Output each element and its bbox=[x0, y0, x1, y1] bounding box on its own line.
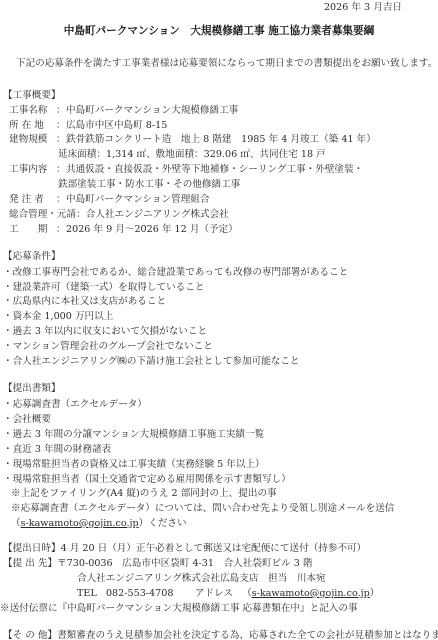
condition-item: ・資本金 1,000 万円以上 bbox=[3, 309, 113, 324]
overview-row-content-cont: 鉄部塗装工事・防水工事・その他修繕工事 bbox=[58, 177, 240, 192]
email-link[interactable]: s-kawamoto@gojin.co.jp bbox=[21, 518, 139, 529]
deadline-row: 【提出日時】4 月 20 日（月）正午必着として郵送又は宅配便にて送付（持参不可… bbox=[3, 541, 366, 556]
condition-item: ・改修工事専門会社であるか、総合建設業であっても改修の専門部署があること bbox=[3, 265, 348, 280]
row-sep: ： bbox=[56, 162, 66, 177]
submit-to-label: 【提 出 先】 bbox=[3, 558, 57, 569]
overview-row-scale: 建物規模：鉄骨鉄筋コンクリート造 地上 8 階建 1985 年 4 月竣工（築 … bbox=[9, 132, 376, 147]
other-value: 書類審査のうえ見積参加会社を決定する為、応募された全ての会社が見積参加とはなりま… bbox=[57, 630, 438, 640]
note-tail: ）ください bbox=[139, 518, 187, 529]
document-date: 2026 年 3 月吉日 bbox=[324, 0, 402, 15]
paren-open: （ bbox=[242, 588, 252, 599]
deadline-value: 4 月 20 日（月）正午必着として郵送又は宅配便にて送付（持参不可） bbox=[61, 543, 367, 554]
row-sep: ： bbox=[76, 209, 86, 220]
row-value: 中島町パークマンション大規模修繕工事 bbox=[66, 105, 238, 116]
conditions-heading: 【応募条件】 bbox=[3, 249, 61, 264]
condition-item: ・合人社エンジニアリング㈱の下請け施工会社として参加可能なこと bbox=[3, 354, 300, 369]
overview-row-location: 所 在 地：広島市中区中島町 8-15 bbox=[9, 118, 167, 133]
condition-item: ・建設業許可（建築一式）を取得していること bbox=[3, 280, 204, 295]
documents-heading: 【提出書類】 bbox=[3, 381, 61, 396]
row-label: 発 注 者 bbox=[9, 192, 56, 207]
row-label: 工 期 bbox=[9, 222, 56, 237]
overview-row-content: 工事内容：共通仮設・直接仮設・外壁等下地補修・シーリング工事・外壁塗装・ bbox=[9, 162, 363, 177]
deadline-label: 【提出日時】 bbox=[3, 543, 61, 554]
contact-row: TEL 082-553-4708 アドレス （s-kawamoto@gojin.… bbox=[77, 586, 379, 601]
document-title: 中島町パークマンション 大規模修繕工事 施工協力業者募集要綱 bbox=[0, 24, 438, 39]
documents-note-excel: ※応募調査書（エクセルデータ）については、問い合わせ先より受領し別途メールを送信 bbox=[11, 501, 394, 516]
row-sep: ： bbox=[56, 132, 66, 147]
overview-row-area: 延床面積：1,314 ㎡、敷地面積：329.06 ㎡、共同住宅 18 戸 bbox=[58, 147, 326, 162]
intro-text: 下記の応募条件を満たす工事業者様は応募要領にならって期日までの書類提出をお願い致… bbox=[16, 56, 437, 71]
document-item: ・応募調査書（エクセルデータ） bbox=[3, 397, 147, 412]
paren-close: ） bbox=[370, 588, 380, 599]
overview-heading: 【工事概要】 bbox=[3, 88, 61, 103]
document-item: ・現場常駐担当者（国土交通省で定める雇用関係を示す書類写し） bbox=[3, 472, 291, 487]
submit-to-row: 【提 出 先】〒730-0036 広島市中区袋町 4-31 合人社袋町ビル 3 … bbox=[3, 556, 313, 571]
row-value: 鉄骨鉄筋コンクリート造 地上 8 階建 1985 年 4 月竣工（築 41 年） bbox=[66, 134, 376, 145]
row-label: 総合管理・元請 bbox=[9, 207, 76, 222]
row-sep: ： bbox=[56, 118, 66, 133]
document-item: ・会社概要 bbox=[3, 412, 51, 427]
document-item: ・直近 3 年間の財務諸表 bbox=[3, 442, 111, 457]
tel-label: TEL bbox=[77, 588, 97, 599]
row-value: 広島市中区中島町 8-15 bbox=[66, 120, 167, 131]
row-label: 工事名称 bbox=[9, 103, 56, 118]
documents-note-filing: ※上記をファイリング(A4 縦)のうえ 2 部同封の上、提出の事 bbox=[11, 486, 277, 501]
row-value: 2026 年 9 月～2026 年 12 月（予定） bbox=[66, 224, 238, 235]
row-value: 合人社エンジニアリング株式会社 bbox=[86, 209, 229, 220]
submit-to-company: 合人社エンジニアリング株式会社広島支店 担当 川本宛 bbox=[77, 571, 326, 586]
row-label: 工事内容 bbox=[9, 162, 56, 177]
condition-item: ・広島県内に本社又は支店があること bbox=[3, 294, 166, 309]
address-label: アドレス bbox=[195, 588, 233, 599]
row-label: 所 在 地 bbox=[9, 118, 56, 133]
overview-row-client: 発 注 者：中島町パークマンション管理組合 bbox=[9, 192, 209, 207]
document-item: ・現場常駐担当者の資格又は工事実績（実務経験 5 年以上） bbox=[3, 457, 265, 472]
condition-item: ・過去 3 年以内に収支において欠損がないこと bbox=[3, 324, 207, 339]
overview-row-name: 工事名称：中島町パークマンション大規模修繕工事 bbox=[9, 103, 238, 118]
email-link[interactable]: s-kawamoto@gojin.co.jp bbox=[252, 588, 370, 599]
overview-row-period: 工 期：2026 年 9 月～2026 年 12 月（予定） bbox=[9, 222, 238, 237]
row-value: 中島町パークマンション管理組合 bbox=[66, 194, 209, 205]
submit-to-address: 〒730-0036 広島市中区袋町 4-31 合人社袋町ビル 3 階 bbox=[57, 558, 312, 569]
other-label: 【そ の 他】 bbox=[3, 630, 57, 640]
tel-value[interactable]: 082-553-4708 bbox=[106, 588, 174, 599]
slip-note: ※送付伝票に『中島町パークマンション大規模修繕工事 応募書類在中』と記入の事 bbox=[0, 601, 358, 616]
row-value: 共通仮設・直接仮設・外壁等下地補修・シーリング工事・外壁塗装・ bbox=[66, 164, 363, 175]
document-item: ・過去 3 年間の分譲マンション大規模修繕工事施工実績一覧 bbox=[3, 427, 264, 442]
paren-open: （ bbox=[11, 518, 21, 529]
overview-row-management: 総合管理・元請：合人社エンジニアリング株式会社 bbox=[9, 207, 229, 222]
row-sep: ： bbox=[56, 222, 66, 237]
row-label: 建物規模 bbox=[9, 132, 56, 147]
row-sep: ： bbox=[56, 103, 66, 118]
other-row: 【そ の 他】書類審査のうえ見積参加会社を決定する為、応募された全ての会社が見積… bbox=[3, 628, 438, 640]
documents-note-email: （s-kawamoto@gojin.co.jp）ください bbox=[11, 516, 187, 531]
row-sep: ： bbox=[56, 192, 66, 207]
condition-item: ・マンション管理会社のグループ会社でないこと bbox=[3, 339, 213, 354]
